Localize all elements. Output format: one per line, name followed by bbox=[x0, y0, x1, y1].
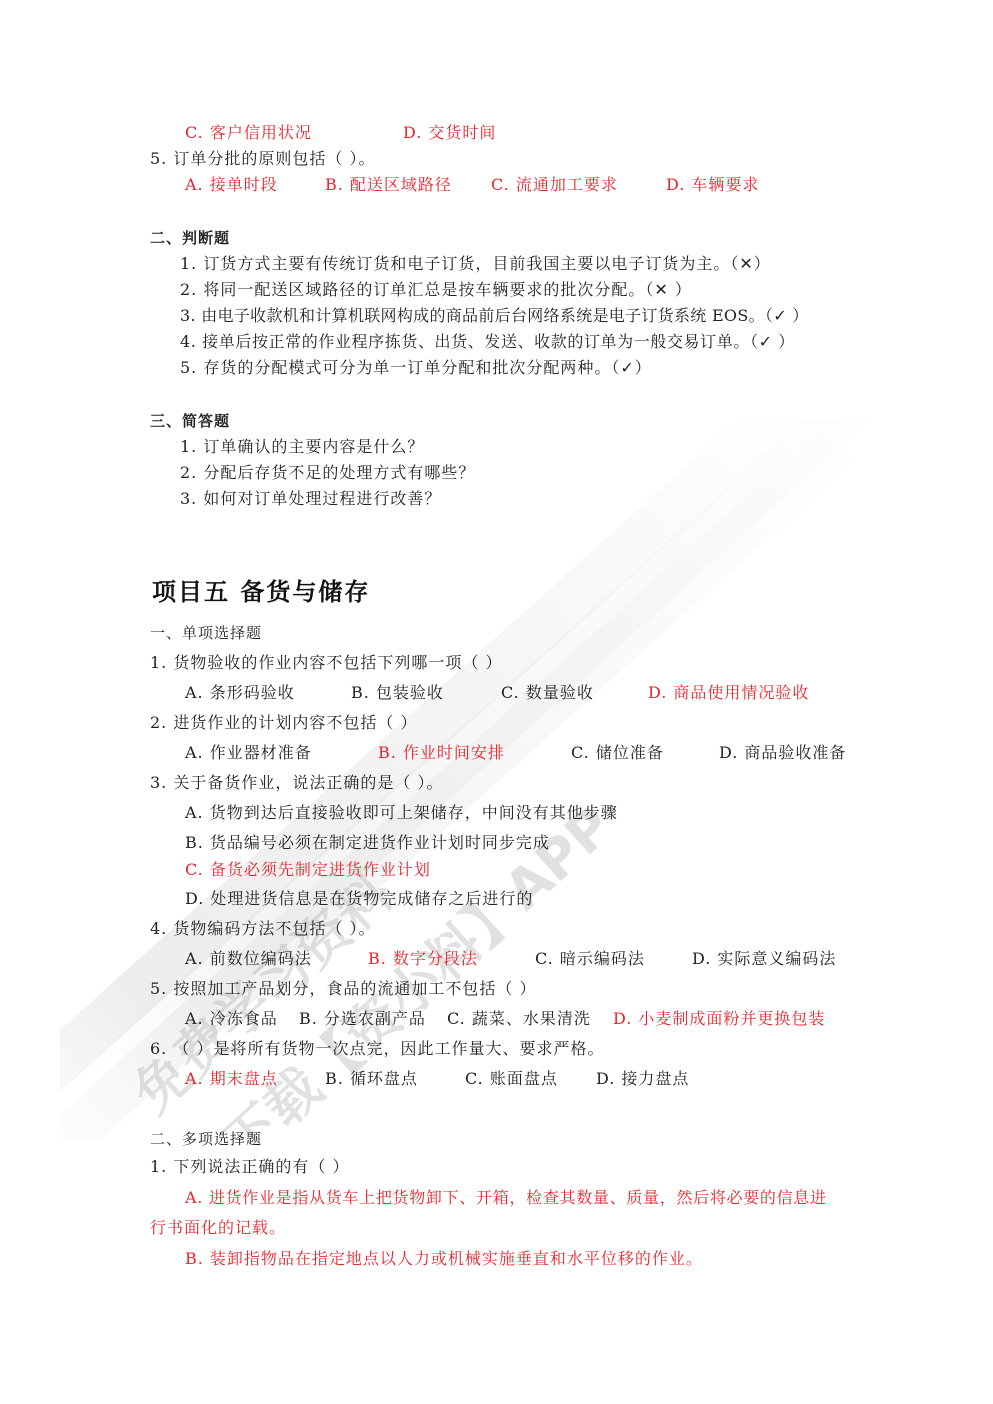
question-stem: 3. 关于备货作业，说法正确的是（ ）。 bbox=[150, 772, 443, 794]
option-b: B. 配送区域路径 bbox=[325, 174, 452, 196]
judgment-item: 5. 存货的分配模式可分为单一订单分配和批次分配两种。（✓） bbox=[180, 357, 652, 379]
option-c: C. 流通加工要求 bbox=[491, 174, 618, 196]
option-b: B. 分选农副产品 bbox=[299, 1008, 426, 1030]
option-a: A. 货物到达后直接验收即可上架储存，中间没有其他步骤 bbox=[185, 802, 618, 824]
section-heading-single-choice: 一、单项选择题 bbox=[150, 622, 262, 644]
option-c: C. 蔬菜、水果清洗 bbox=[447, 1008, 591, 1030]
check-mark-icon: ✓ bbox=[759, 332, 773, 351]
option-a-continuation: 行书面化的记载。 bbox=[150, 1217, 286, 1239]
option-b-correct: B. 装卸指物品在指定地点以人力或机械实施垂直和水平位移的作业。 bbox=[185, 1248, 703, 1270]
option-d: D. 实际意义编码法 bbox=[692, 948, 836, 970]
short-answer-item: 1. 订单确认的主要内容是什么？ bbox=[180, 436, 424, 458]
cross-mark-icon: ✕ bbox=[739, 254, 753, 273]
option-b: B. 循环盘点 bbox=[325, 1068, 418, 1090]
option-c: C. 暗示编码法 bbox=[535, 948, 645, 970]
option-a: A. 接单时段 bbox=[185, 174, 278, 196]
option-d: D. 商品验收准备 bbox=[719, 742, 846, 764]
question-stem: 4. 货物编码方法不包括（ ）。 bbox=[150, 918, 375, 940]
cross-mark-icon: ✕ bbox=[654, 280, 668, 299]
question-stem: 2. 进货作业的计划内容不包括（ ） bbox=[150, 712, 417, 734]
judgment-item: 1. 订货方式主要有传统订货和电子订货，目前我国主要以电子订货为主。（✕） bbox=[180, 253, 771, 275]
section-heading-short-answer: 三、简答题 bbox=[150, 410, 230, 432]
document-page: 免费学习资料 下载【资小料】APP C. 客户信用状况 D. 交货时间 5. 订… bbox=[0, 0, 993, 1404]
option-d: D. 车辆要求 bbox=[666, 174, 759, 196]
option-a: A. 条形码验收 bbox=[185, 682, 295, 704]
short-answer-item: 3. 如何对订单处理过程进行改善？ bbox=[180, 488, 441, 510]
option-b: B. 包装验收 bbox=[351, 682, 444, 704]
judgment-item: 4. 接单后按正常的作业程序拣货、出货、发送、收款的订单为一般交易订单。（✓ ） bbox=[180, 331, 795, 353]
project-title: 项目五 备货与储存 bbox=[152, 572, 370, 607]
question-stem: 5. 按照加工产品划分，食品的流通加工不包括（ ） bbox=[150, 978, 536, 1000]
check-mark-icon: ✓ bbox=[773, 306, 787, 325]
judgment-item: 2. 将同一配送区域路径的订单汇总是按车辆要求的批次分配。（✕ ） bbox=[180, 279, 692, 301]
question-stem: 1. 货物验收的作业内容不包括下列哪一项（ ） bbox=[150, 652, 502, 674]
option-c: C. 账面盘点 bbox=[465, 1068, 558, 1090]
question-stem: 6. （ ）是将所有货物一次点完，因此工作量大、要求严格。 bbox=[150, 1038, 604, 1060]
option-d-correct: D. 小麦制成面粉并更换包装 bbox=[613, 1008, 825, 1030]
option-b: B. 货品编号必须在制定进货作业计划时同步完成 bbox=[185, 832, 550, 854]
option-d: D. 处理进货信息是在货物完成储存之后进行的 bbox=[185, 888, 533, 910]
option-b-correct: B. 作业时间安排 bbox=[378, 742, 505, 764]
option-d: D. 接力盘点 bbox=[596, 1068, 689, 1090]
question-stem: 5. 订单分批的原则包括（ ）。 bbox=[150, 148, 375, 170]
section-heading-judgment: 二、判断题 bbox=[150, 227, 230, 249]
question-stem: 1. 下列说法正确的有（ ） bbox=[150, 1156, 349, 1178]
option-b-correct: B. 数字分段法 bbox=[368, 948, 478, 970]
option-d-correct: D. 商品使用情况验收 bbox=[648, 682, 809, 704]
option-a: A. 作业器材准备 bbox=[185, 742, 312, 764]
option-c: C. 储位准备 bbox=[571, 742, 664, 764]
option-d-delivery-time: D. 交货时间 bbox=[403, 122, 496, 144]
option-a-correct: A. 期末盘点 bbox=[185, 1068, 278, 1090]
section-heading-multiple-choice: 二、多项选择题 bbox=[150, 1128, 262, 1150]
option-c: C. 数量验收 bbox=[501, 682, 594, 704]
option-a: A. 前数位编码法 bbox=[185, 948, 312, 970]
option-a-correct: A. 进货作业是指从货车上把货物卸下、开箱，检查其数量、质量，然后将必要的信息进 bbox=[185, 1187, 827, 1209]
option-a: A. 冷冻食品 bbox=[185, 1008, 278, 1030]
option-c-correct: C. 备货必须先制定进货作业计划 bbox=[185, 859, 431, 881]
short-answer-item: 2. 分配后存货不足的处理方式有哪些？ bbox=[180, 462, 475, 484]
option-c-customer-credit: C. 客户信用状况 bbox=[185, 122, 312, 144]
check-mark-icon: ✓ bbox=[620, 358, 634, 377]
judgment-item: 3. 由电子收款机和计算机联网构成的商品前后台网络系统是电子订货系统 EOS。（… bbox=[180, 305, 809, 327]
